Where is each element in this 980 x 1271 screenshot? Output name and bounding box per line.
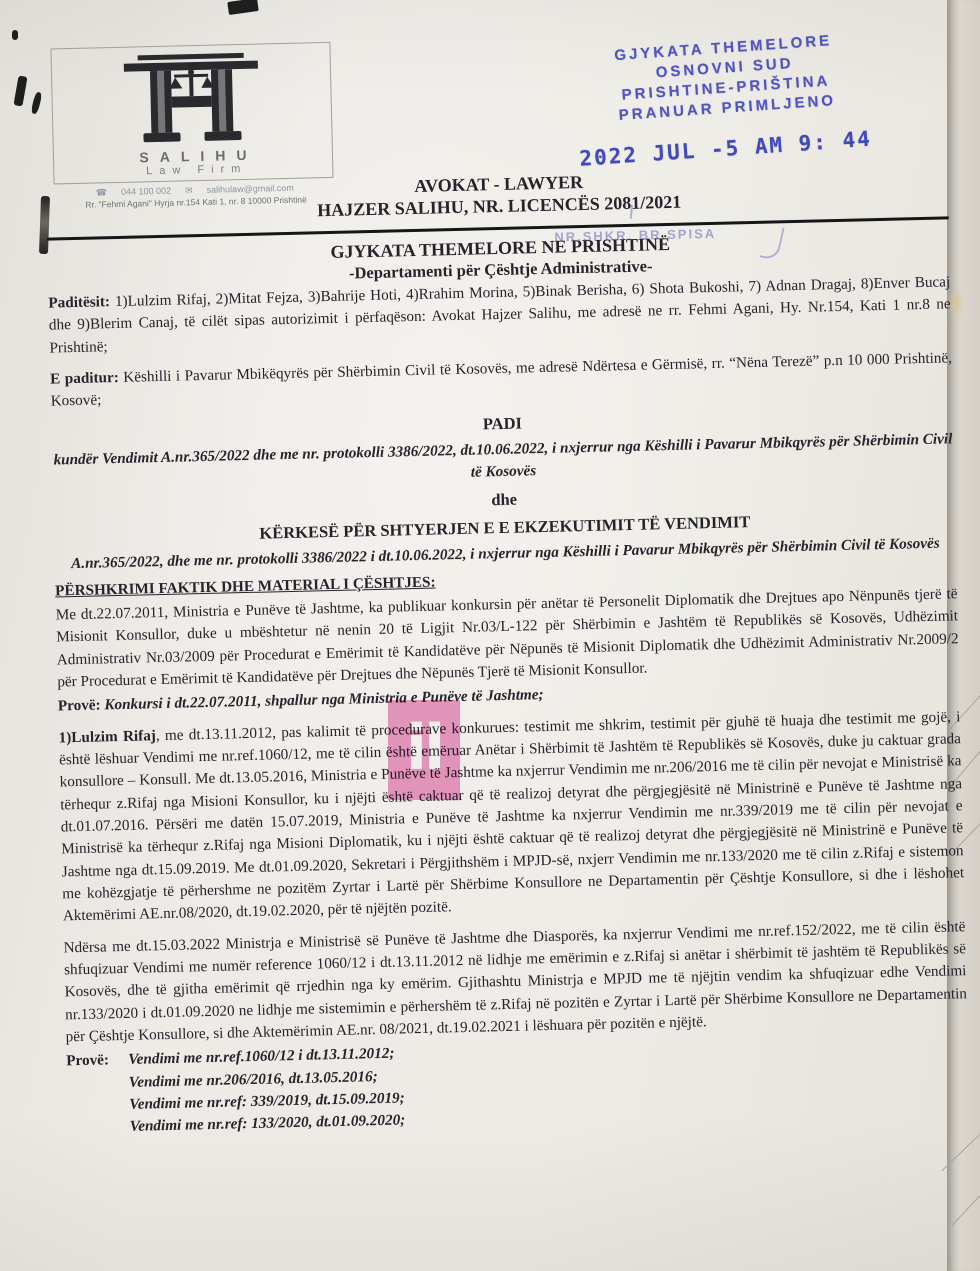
rifaj-text: , me dt.13.11.2012, pas kalimit të proce… bbox=[59, 708, 964, 925]
binder-mark bbox=[12, 30, 18, 40]
printed-page-content: SALIHU Law Firm ☎ 044 100 002 ✉ salihula… bbox=[42, 15, 974, 1140]
pink-watermark-logo: il bbox=[388, 700, 460, 800]
document-body: Paditësit: 1)Lulzim Rifaj, 2)Mitat Fejza… bbox=[48, 271, 974, 1140]
evidence-list: Provë: Vendimi me nr.ref.1060/12 i dt.13… bbox=[66, 1030, 970, 1141]
paper-scratch bbox=[942, 1130, 980, 1171]
section-heading-text: PËRSHKRIMI FAKTIK DHE MATERIAL I ÇËSHTJE… bbox=[55, 573, 436, 599]
rifaj-lead: 1)Lulzim Rifaj bbox=[58, 727, 156, 746]
scales-of-justice-logo bbox=[116, 50, 268, 152]
binder-mark bbox=[13, 75, 27, 106]
evidence2-items: Vendimi me nr.ref.1060/12 i dt.13.11.201… bbox=[128, 1043, 406, 1139]
ndersa-paragraph: Ndërsa me dt.15.03.2022 Ministrja e Mini… bbox=[63, 916, 967, 1049]
binder-mark bbox=[227, 0, 259, 15]
defendant-text: Këshilli i Pavarur Mbikëqyrës për Shërbi… bbox=[51, 349, 953, 410]
evidence2-label: Provë: bbox=[66, 1049, 130, 1140]
defendant-label: E paditur: bbox=[50, 369, 119, 388]
binder-mark bbox=[30, 91, 42, 114]
evidence1-label: Provë: bbox=[58, 697, 101, 715]
rifaj-paragraph: 1)Lulzim Rifaj, me dt.13.11.2012, pas ka… bbox=[58, 706, 964, 928]
court-receipt-stamp: GJYKATA THEMELORE OSNOVNI SUD PRISHTINE-… bbox=[558, 27, 896, 171]
watermark-glyph: il bbox=[406, 717, 443, 779]
letterhead: SALIHU Law Firm ☎ 044 100 002 ✉ salihula… bbox=[42, 15, 954, 292]
paper-scratch bbox=[952, 1196, 980, 1226]
law-firm-logo-box: SALIHU Law Firm bbox=[50, 42, 333, 185]
scanned-document-photo: SALIHU Law Firm ☎ 044 100 002 ✉ salihula… bbox=[0, 0, 980, 1271]
plaintiffs-label: Paditësit: bbox=[48, 293, 110, 311]
